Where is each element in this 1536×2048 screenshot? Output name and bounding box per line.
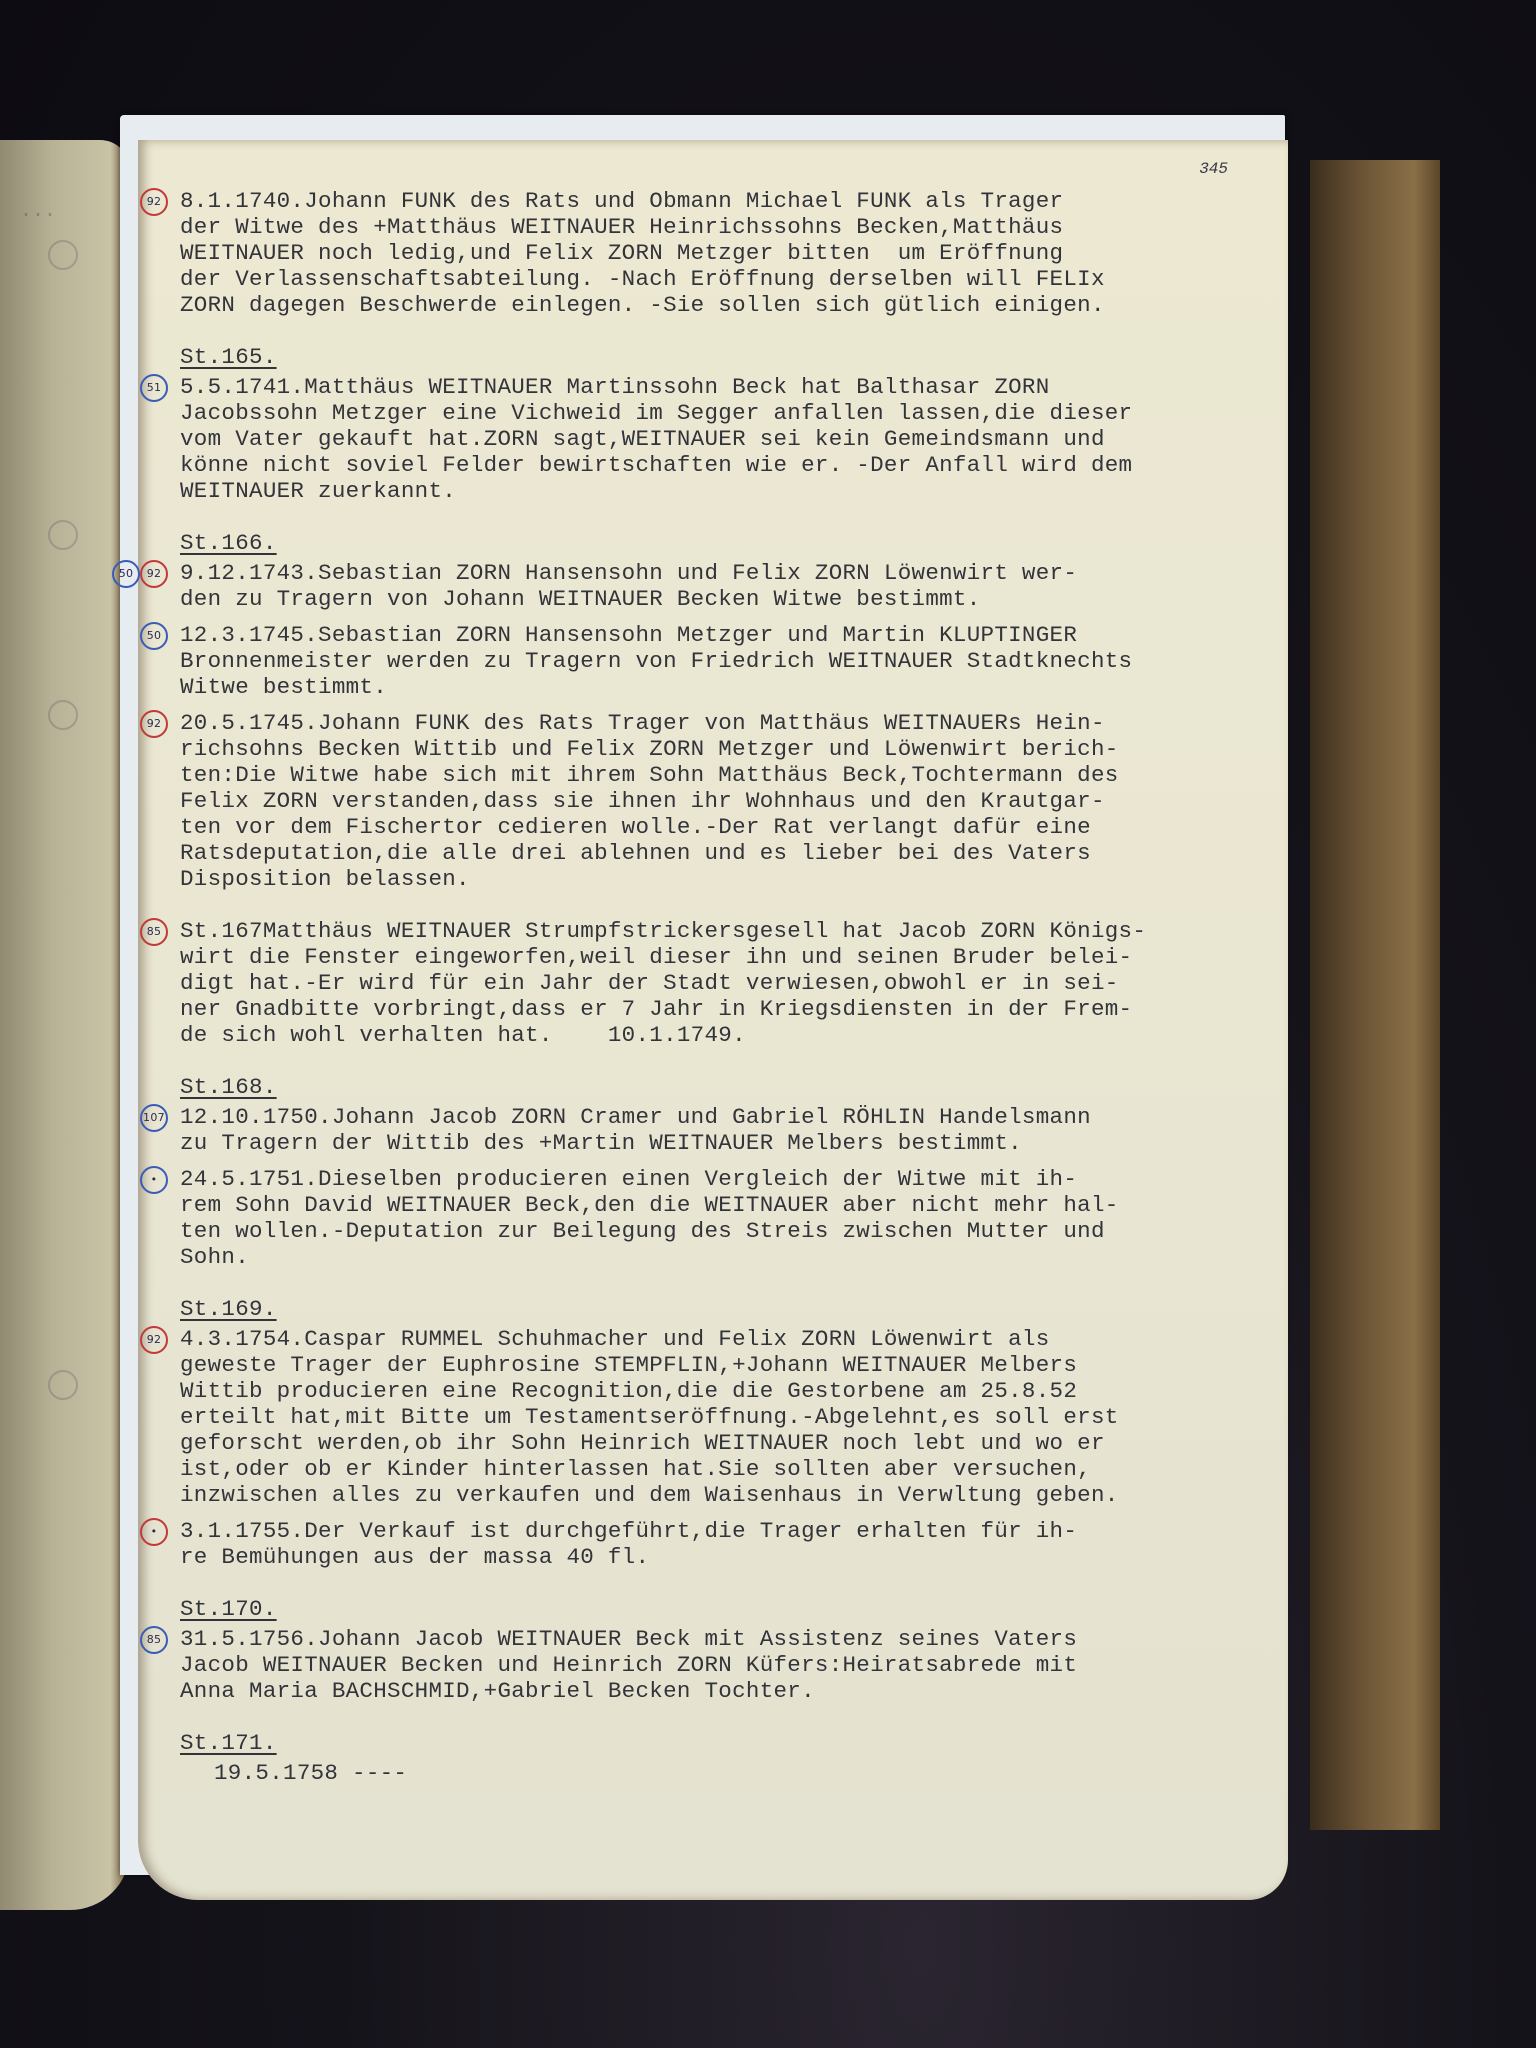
page-stack-edge [1310,160,1440,1830]
entry: •24.5.1751.Dieselben producieren einen V… [180,1166,1260,1270]
section-heading: St.170. [180,1596,277,1622]
text-line: ner Gnadbitte vorbringt,dass er 7 Jahr i… [180,996,1260,1022]
text-line: 12.3.1745.Sebastian ZORN Hansensohn Metz… [180,622,1260,648]
text-line: Bronnenmeister werden zu Tragern von Fri… [180,648,1260,674]
entry: 9220.5.1745.Johann FUNK des Rats Trager … [180,710,1260,892]
text-line: den zu Tragern von Johann WEITNAUER Beck… [180,586,1260,612]
entry: 85St.167Matthäus WEITNAUER Strumpfstrick… [180,918,1260,1048]
text-line: Sohn. [180,1244,1260,1270]
faded-margin-circle [48,700,78,730]
text-line: ist,oder ob er Kinder hinterlassen hat.S… [180,1456,1260,1482]
text-line: wirt die Fenster eingeworfen,weil dieser… [180,944,1260,970]
text-line: 24.5.1751.Dieselben producieren einen Ve… [180,1166,1260,1192]
margin-circle-annotation: 92 [140,710,168,738]
section: St.171.19.5.1758 ---- [180,1704,1260,1786]
section: St.170.8531.5.1756.Johann Jacob WEITNAUE… [180,1570,1260,1704]
text-line: 19.5.1758 ---- [180,1760,1260,1786]
text-line: digt hat.-Er wird für ein Jahr der Stadt… [180,970,1260,996]
text-line: Witwe bestimmt. [180,674,1260,700]
margin-circle-annotation: • [140,1166,168,1194]
text-line: zu Tragern der Wittib des +Martin WEITNA… [180,1130,1260,1156]
section-heading: St.168. [180,1074,277,1100]
section-heading: St.171. [180,1730,277,1756]
text-line: ten wollen.-Deputation zur Beilegung des… [180,1218,1260,1244]
faded-text: ... [20,200,56,223]
entry: 8531.5.1756.Johann Jacob WEITNAUER Beck … [180,1626,1260,1704]
text-line: der Witwe des +Matthäus WEITNAUER Heinri… [180,214,1260,240]
text-line: ten:Die Witwe habe sich mit ihrem Sohn M… [180,762,1260,788]
entry: 19.5.1758 ---- [180,1760,1260,1786]
margin-circle-annotation: 51 [140,374,168,402]
text-line: 9.12.1743.Sebastian ZORN Hansensohn und … [180,560,1260,586]
page-number: 345 [1199,160,1228,178]
section-heading: St.165. [180,344,277,370]
margin-circle-annotation: 92 [140,188,168,216]
entry: •3.1.1755.Der Verkauf ist durchgeführt,d… [180,1518,1260,1570]
text-line: de sich wohl verhalten hat. 10.1.1749. [180,1022,1260,1048]
entry: 10712.10.1750.Johann Jacob ZORN Cramer u… [180,1104,1260,1156]
faded-margin-circle [48,520,78,550]
section-heading: St.166. [180,530,277,556]
text-line: geforscht werden,ob ihr Sohn Heinrich WE… [180,1430,1260,1456]
section: 928.1.1740.Johann FUNK des Rats und Obma… [180,188,1260,318]
faded-margin-circle [48,240,78,270]
text-line: ZORN dagegen Beschwerde einlegen. -Sie s… [180,292,1260,318]
text-line: 5.5.1741.Matthäus WEITNAUER Martinssohn … [180,374,1260,400]
margin-circle-annotation: 85 [140,918,168,946]
text-line: 3.1.1755.Der Verkauf ist durchgeführt,di… [180,1518,1260,1544]
text-line: 12.10.1750.Johann Jacob ZORN Cramer und … [180,1104,1260,1130]
text-line: rem Sohn David WEITNAUER Beck,den die WE… [180,1192,1260,1218]
margin-circle-annotation: • [140,1518,168,1546]
text-line: geweste Trager der Euphrosine STEMPFLIN,… [180,1352,1260,1378]
text-line: St.167Matthäus WEITNAUER Strumpfstricker… [180,918,1260,944]
text-line: Jacobssohn Metzger eine Vichweid im Segg… [180,400,1260,426]
text-line: richsohns Becken Wittib und Felix ZORN M… [180,736,1260,762]
text-line: WEITNAUER noch ledig,und Felix ZORN Metz… [180,240,1260,266]
margin-circle-annotation: 92 [140,560,168,588]
text-line: Anna Maria BACHSCHMID,+Gabriel Becken To… [180,1678,1260,1704]
entry: 515.5.1741.Matthäus WEITNAUER Martinssoh… [180,374,1260,504]
section: St.169.924.3.1754.Caspar RUMMEL Schuhmac… [180,1270,1260,1570]
entry: 924.3.1754.Caspar RUMMEL Schuhmacher und… [180,1326,1260,1508]
text-line: WEITNAUER zuerkannt. [180,478,1260,504]
margin-circle-annotation: 50 [112,560,140,588]
text-line: Disposition belassen. [180,866,1260,892]
text-line: re Bemühungen aus der massa 40 fl. [180,1544,1260,1570]
text-line: Ratsdeputation,die alle drei ablehnen un… [180,840,1260,866]
section: 85St.167Matthäus WEITNAUER Strumpfstrick… [180,918,1260,1048]
text-line: 4.3.1754.Caspar RUMMEL Schuhmacher und F… [180,1326,1260,1352]
section: St.166.50929.12.1743.Sebastian ZORN Hans… [180,504,1260,892]
text-line: 8.1.1740.Johann FUNK des Rats und Obmann… [180,188,1260,214]
text-line: Felix ZORN verstanden,dass sie ihnen ihr… [180,788,1260,814]
left-page-edge: ... [0,140,130,1910]
text-line: Jacob WEITNAUER Becken und Heinrich ZORN… [180,1652,1260,1678]
entry: 50929.12.1743.Sebastian ZORN Hansensohn … [180,560,1260,612]
entry: 928.1.1740.Johann FUNK des Rats und Obma… [180,188,1260,318]
document-page: 345 928.1.1740.Johann FUNK des Rats und … [138,140,1288,1900]
document-content: 928.1.1740.Johann FUNK des Rats und Obma… [180,188,1260,1786]
text-line: Wittib producieren eine Recognition,die … [180,1378,1260,1404]
text-line: inzwischen alles zu verkaufen und dem Wa… [180,1482,1260,1508]
text-line: der Verlassenschaftsabteilung. -Nach Erö… [180,266,1260,292]
text-line: ten vor dem Fischertor cedieren wolle.-D… [180,814,1260,840]
margin-circle-annotation: 50 [140,622,168,650]
section: St.165.515.5.1741.Matthäus WEITNAUER Mar… [180,318,1260,504]
text-line: 31.5.1756.Johann Jacob WEITNAUER Beck mi… [180,1626,1260,1652]
entry: 5012.3.1745.Sebastian ZORN Hansensohn Me… [180,622,1260,700]
section-heading: St.169. [180,1296,277,1322]
margin-circle-annotation: 92 [140,1326,168,1354]
text-line: 20.5.1745.Johann FUNK des Rats Trager vo… [180,710,1260,736]
text-line: vom Vater gekauft hat.ZORN sagt,WEITNAUE… [180,426,1260,452]
section: St.168.10712.10.1750.Johann Jacob ZORN C… [180,1048,1260,1270]
text-line: erteilt hat,mit Bitte um Testamentseröff… [180,1404,1260,1430]
margin-circle-annotation: 85 [140,1626,168,1654]
faded-margin-circle [48,1370,78,1400]
margin-circle-annotation: 107 [140,1104,168,1132]
text-line: könne nicht soviel Felder bewirtschaften… [180,452,1260,478]
